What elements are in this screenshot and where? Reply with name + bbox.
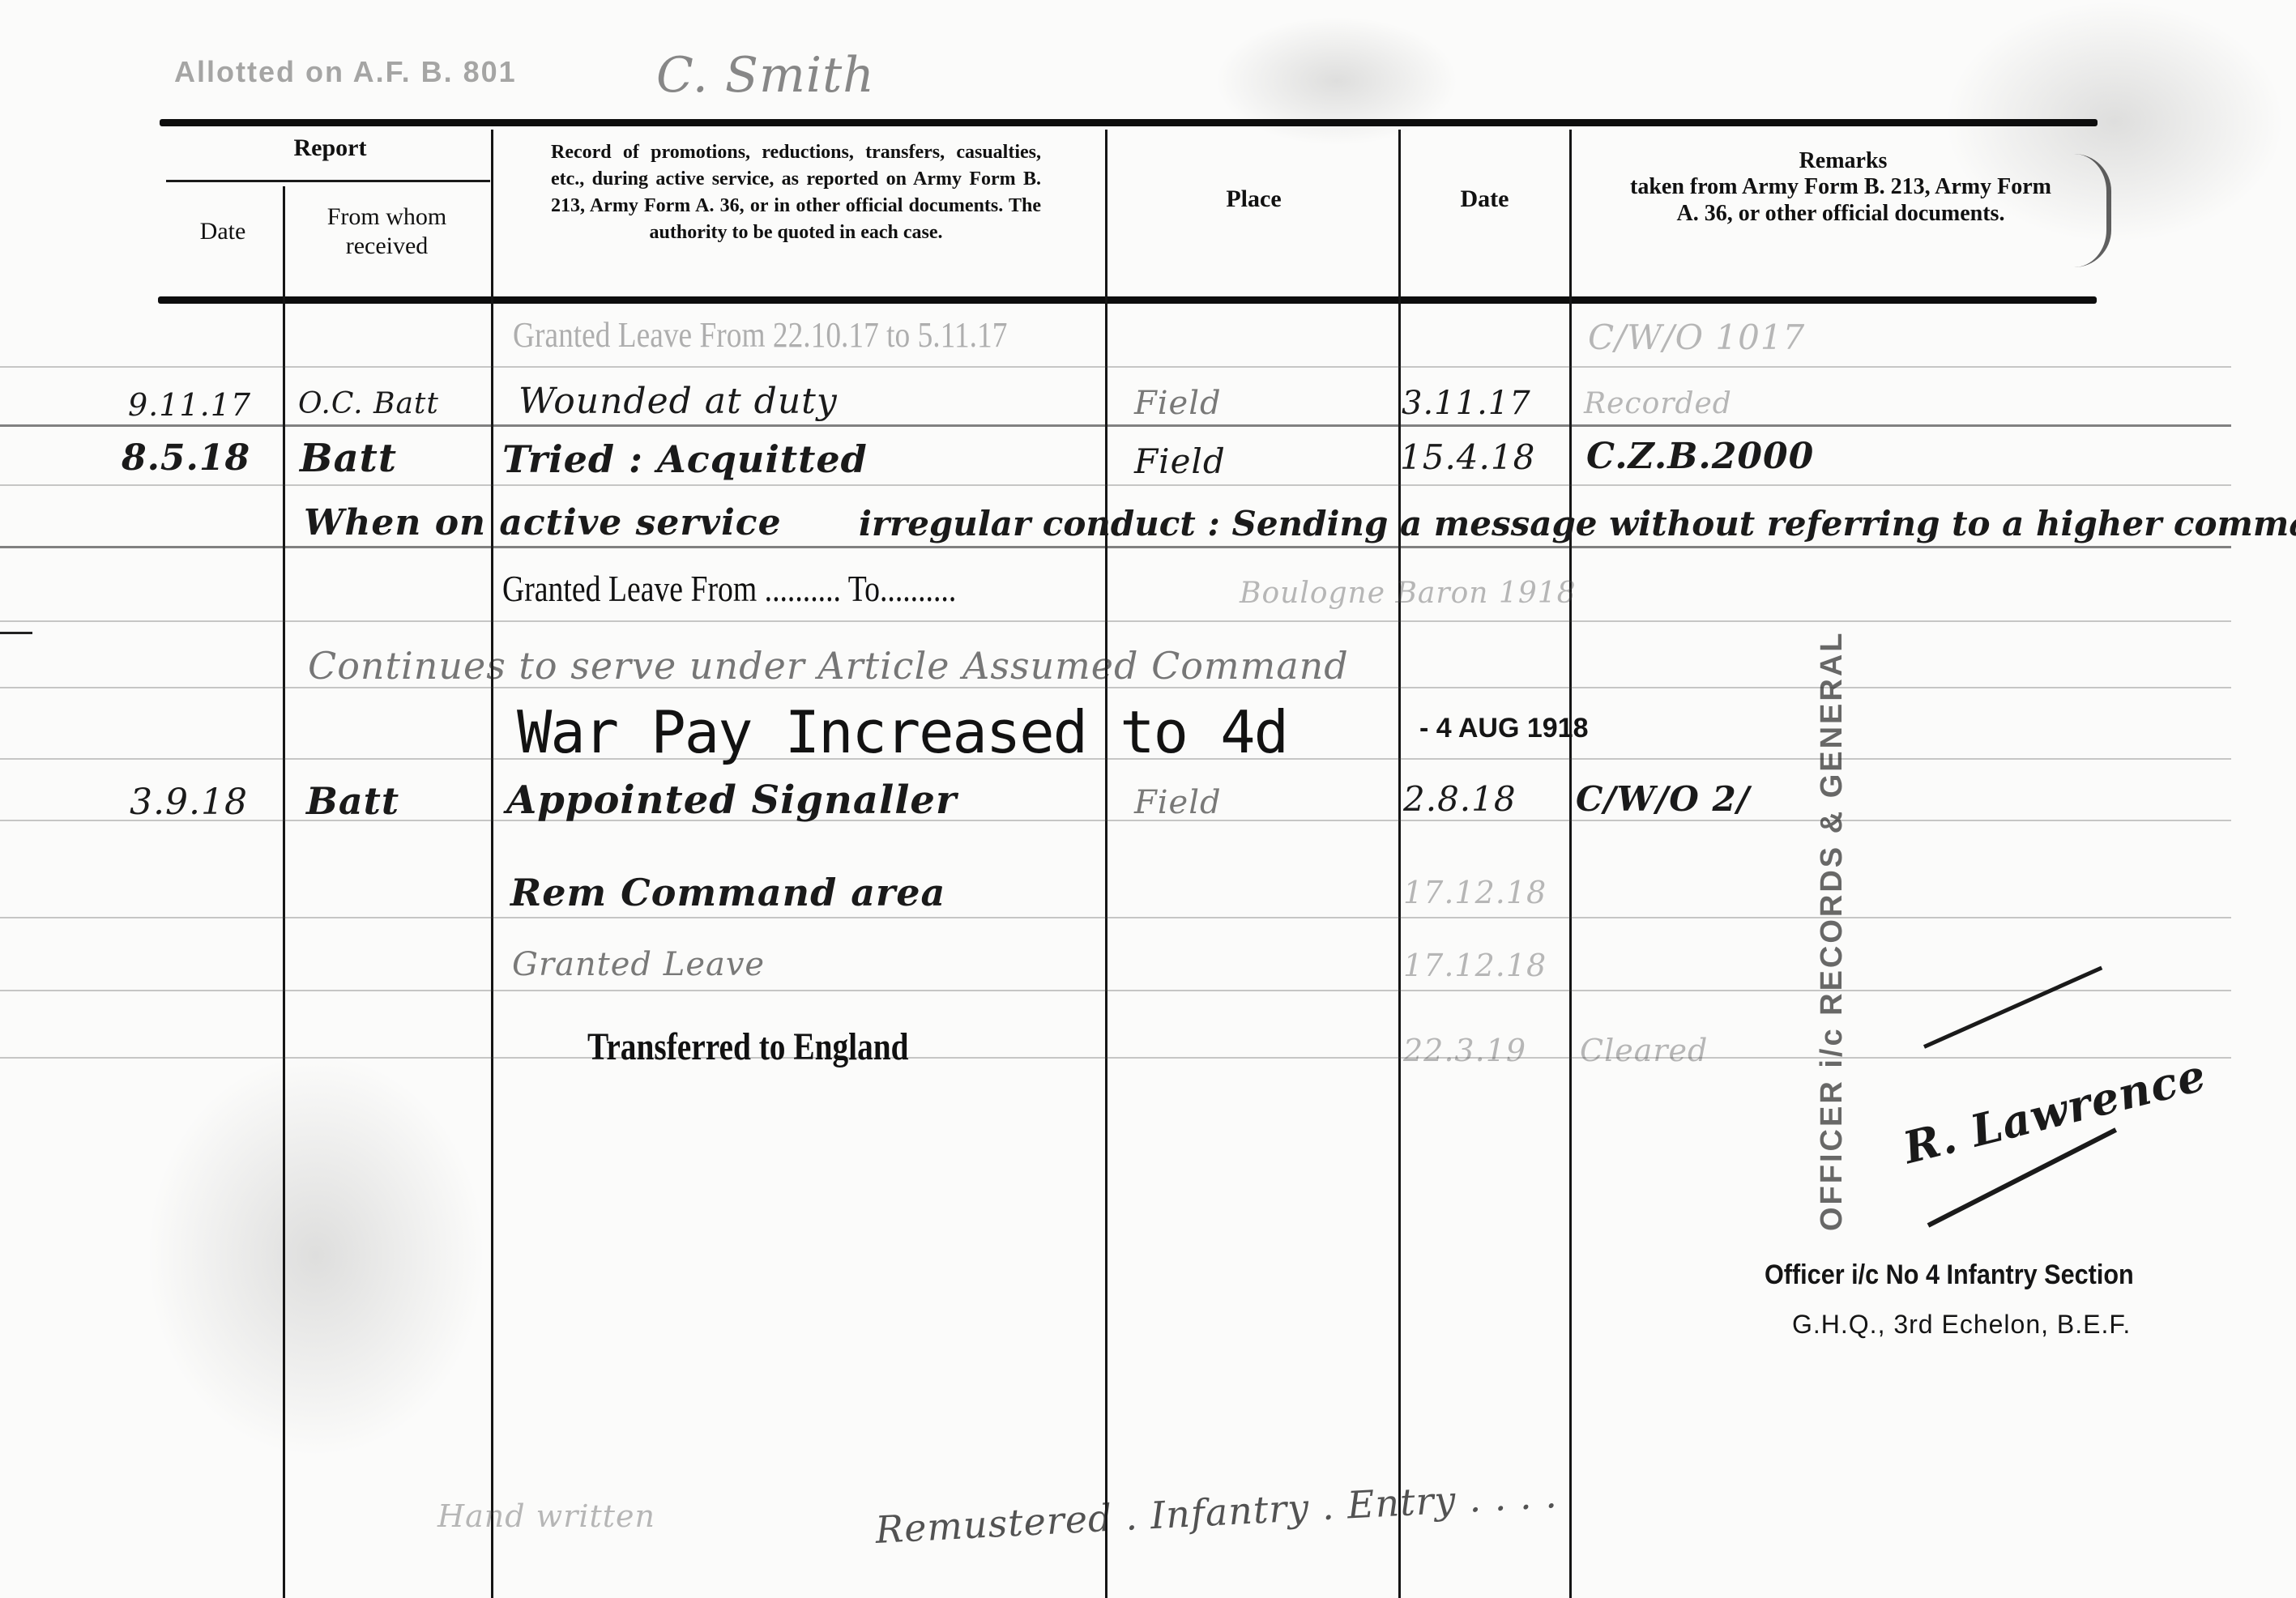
entry-1-from-whom: O.C. Batt (298, 387, 439, 420)
entry-2-remarks: C.Z.B.2000 (1586, 436, 1814, 477)
entry-6-date: - 4 AUG 1918 (1419, 713, 1589, 744)
entry-1-place: Field (1134, 385, 1222, 422)
header-remarks-body: taken from Army Form B. 213, Army Form A… (1630, 173, 2051, 227)
entry-7-record: Appointed Signaller (506, 778, 957, 823)
header-top-rule (160, 119, 2098, 126)
ruled-line (0, 990, 2231, 991)
ruled-line (0, 484, 2231, 486)
entry-7-place: Field (1134, 784, 1222, 821)
entry-7-remarks: C/W/O 2/ (1576, 779, 1750, 819)
entry-7-report-date: 3.9.18 (130, 782, 248, 823)
entry-2-report-date: 8.5.18 (122, 437, 250, 479)
ruled-line (0, 917, 2231, 918)
entry-4-overflow: Boulogne Baron 1918 (1240, 577, 1577, 610)
ruled-line (0, 366, 2231, 368)
entry-2-place: Field (1134, 441, 1226, 481)
col-divider-record (491, 130, 493, 1598)
ruled-line (0, 546, 2231, 548)
margin-tick (0, 632, 32, 634)
officer-stamp-line2: G.H.Q., 3rd Echelon, B.E.F. (1792, 1310, 2131, 1340)
entry-9-date: 17.12.18 (1403, 948, 1547, 983)
paper-stain (1215, 16, 1458, 146)
entry-3-from-whom: When on active service (304, 502, 782, 543)
header-place: Place (1110, 185, 1398, 214)
entry-7-from-whom: Batt (306, 779, 399, 823)
header-from-whom: From whom received (300, 202, 474, 261)
report-sub-rule (166, 180, 490, 182)
entry-6-record: War Pay Increased to 4d (517, 698, 1287, 766)
col-divider-remarks (1569, 130, 1572, 1598)
entry-3-record: irregular conduct : Sending a message wi… (859, 504, 2296, 543)
col-divider-place (1105, 130, 1107, 1598)
entry-0-record: Granted Leave From 22.10.17 to 5.11.17 (513, 314, 1007, 356)
entry-2-from-whom: Batt (300, 436, 397, 481)
officer-stamp-line1: Officer i/c No 4 Infantry Section (1765, 1259, 2134, 1291)
entry-1-record: Wounded at duty (519, 381, 838, 422)
header-record: Record of promotions, reductions, transf… (551, 139, 1041, 246)
entry-7-date: 2.8.18 (1403, 779, 1517, 819)
col-divider-date (1398, 130, 1401, 1598)
entry-1-date: 3.11.17 (1402, 385, 1531, 422)
entry-10-date: 22.3.19 (1403, 1033, 1526, 1068)
entry-4-record: Granted Leave From .......... To........… (502, 567, 956, 610)
ruled-line (0, 1057, 2231, 1059)
entry-2-record: Tried : Acquitted (502, 437, 868, 481)
entry-5-text: Continues to serve under Article Assumed… (308, 644, 1349, 688)
allotted-stamp: Allotted on A.F. B. 801 (174, 55, 517, 89)
col-divider-report-date (283, 186, 285, 1598)
ruled-line (0, 620, 2231, 622)
side-vertical-stamp: OFFICER i/c RECORDS & GENERAL (1815, 631, 1850, 1232)
entry-0-remarks: C/W/O 1017 (1588, 317, 1805, 357)
entry-1-remarks: Recorded (1584, 387, 1732, 420)
entry-8-date: 17.12.18 (1403, 875, 1547, 910)
entry-10-remarks: Cleared (1580, 1033, 1708, 1068)
ruled-line (0, 424, 2231, 427)
entry-9-record: Granted Leave (512, 946, 765, 983)
entry-1-report-date: 9.11.17 (128, 387, 251, 423)
header-bottom-rule (158, 296, 2097, 304)
header-report-date: Date (166, 217, 280, 246)
signature: R. Lawrence (1898, 1049, 2211, 1174)
bottom-left-faint: Hand written (437, 1498, 655, 1534)
header-date: Date (1402, 185, 1568, 214)
signature-stroke (1923, 966, 2102, 1049)
bottom-handwriting: Remustered . Infantry . Entry . . . . (874, 1472, 1558, 1552)
paper-stain (146, 1053, 486, 1458)
header-report: Report (170, 134, 490, 163)
top-handwriting: C. Smith (656, 47, 875, 104)
entry-2-date: 15.4.18 (1400, 437, 1535, 477)
entry-8-record: Rem Command area (510, 871, 945, 914)
bracket-mark (2074, 154, 2111, 267)
entry-10-record: Transferred to England (587, 1025, 909, 1069)
header-remarks-title: Remarks (1616, 147, 2070, 175)
